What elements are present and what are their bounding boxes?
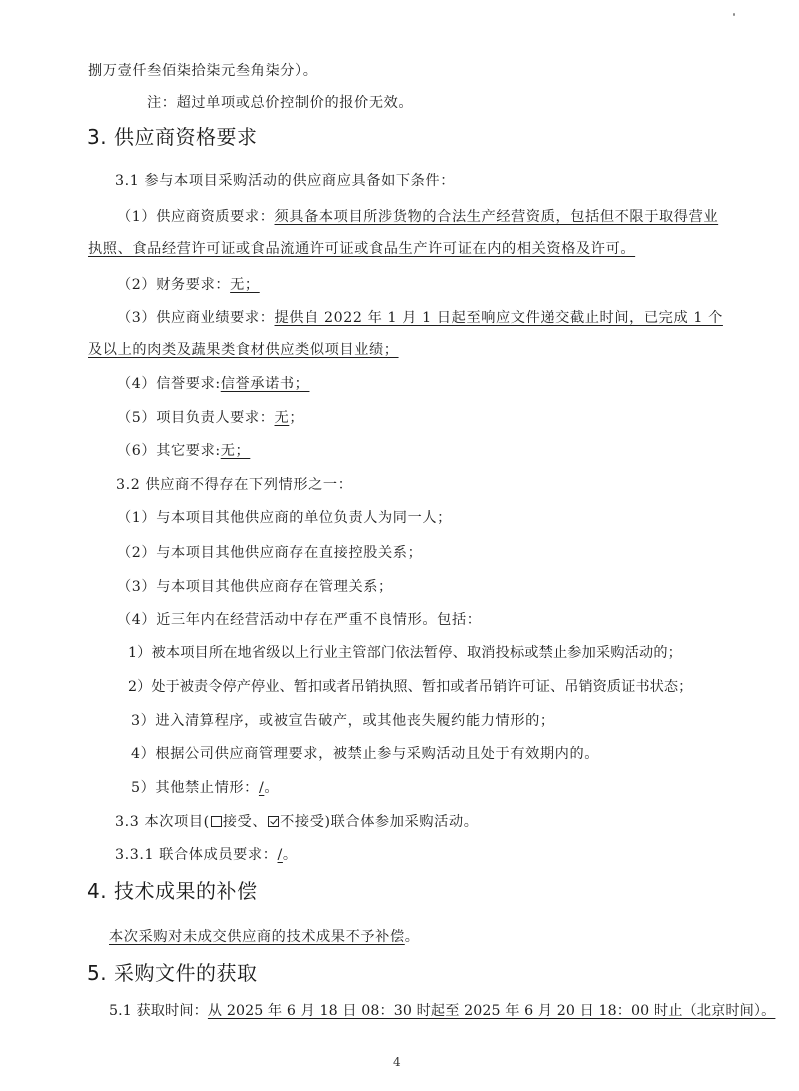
- requirement-4-value: 信誉承诺书；: [221, 376, 310, 392]
- requirement-1-line-a: （1）供应商资质要求：须具备本项目所涉货物的合法生产经营资质，包括但不限于取得营…: [117, 208, 718, 226]
- clause-3-1: 3.1 参与本项目采购活动的供应商应具备如下条件：: [115, 172, 455, 190]
- requirement-3-label: （3）供应商业绩要求：: [117, 310, 275, 326]
- section-4-body: 本次采购对未成交供应商的技术成果不予补偿。: [109, 928, 420, 946]
- requirement-2-value: 无；: [230, 277, 260, 293]
- requirement-3-value: 提供自 2022 年 1 月 1 日起至响应文件递交截止时间，已完成 1 个: [275, 310, 723, 326]
- prohibited-4: （4）近三年内在经营活动中存在严重不良情形。包括：: [117, 611, 482, 629]
- clause-3-3-1-label: 3.3.1 联合体成员要求：: [115, 847, 278, 863]
- section-4-heading: 4. 技术成果的补偿: [87, 878, 257, 904]
- page-number: 4: [393, 1055, 401, 1069]
- requirement-4-label: （4）信誉要求:: [117, 376, 221, 392]
- requirement-1-line-b: 执照、食品经营许可证或食品流通许可证或食品生产许可证在内的相关资格及许可。: [88, 240, 635, 258]
- sub-item-1: 1）被本项目所在地省级以上行业主管部门依法暂停、取消投标或禁止参加采购活动的；: [128, 644, 682, 662]
- section-5-heading: 5. 采购文件的获取: [87, 960, 257, 986]
- requirement-3-value-cont: 及以上的肉类及蔬果类食材供应类似项目业绩；: [88, 342, 399, 358]
- not-accept-option-label: 不接受)联合体参加采购活动。: [280, 814, 478, 830]
- requirement-3-line-b: 及以上的肉类及蔬果类食材供应类似项目业绩；: [88, 341, 399, 359]
- compensation-tail: 。: [405, 929, 420, 945]
- accept-option-label: 接受、: [223, 814, 267, 830]
- sub-item-2: 2）处于被责令停产停业、暂扣或者吊销执照、暂扣或者吊销许可证、吊销资质证书状态；: [128, 678, 692, 696]
- section-3-heading: 3. 供应商资格要求: [87, 124, 257, 150]
- sub-item-5-label: 5）其他禁止情形：: [131, 780, 259, 796]
- acquisition-time-value: 从 2025 年 6 月 18 日 08：30 时起至 2025 年 6 月 2…: [208, 1003, 775, 1019]
- requirement-5: （5）项目负责人要求：无；: [117, 409, 304, 427]
- accept-checkbox-icon: [211, 816, 222, 827]
- amount-in-words-line: 捌万壹仟叁佰柒拾柒元叁角柒分）。: [88, 62, 318, 80]
- sub-item-3: 3）进入清算程序，或被宣告破产，或其他丧失履约能力情形的；: [131, 712, 555, 730]
- requirement-1-value: 须具备本项目所涉货物的合法生产经营资质，包括但不限于取得营业: [275, 209, 719, 225]
- sub-item-5: 5）其他禁止情形：/。: [131, 779, 279, 797]
- requirement-2-label: （2）财务要求：: [117, 277, 230, 293]
- requirement-5-label: （5）项目负责人要求：: [117, 410, 275, 426]
- requirement-1-label: （1）供应商资质要求：: [117, 209, 275, 225]
- clause-3-3-1-tail: 。: [283, 847, 298, 863]
- prohibited-3: （3）与本项目其他供应商存在管理关系；: [117, 578, 393, 596]
- compensation-statement: 本次采购对未成交供应商的技术成果不予补偿: [109, 929, 405, 945]
- requirement-4: （4）信誉要求:信誉承诺书；: [117, 375, 309, 393]
- requirement-6-label: （6）其它要求:: [117, 443, 221, 459]
- clause-5-1-label: 5.1 获取时间：: [109, 1003, 208, 1019]
- not-accept-checkbox-checked-icon: [268, 816, 279, 827]
- requirement-1-value-cont: 执照、食品经营许可证或食品流通许可证或食品生产许可证在内的相关资格及许可。: [88, 241, 635, 257]
- requirement-5-tail: ；: [289, 410, 304, 426]
- requirement-3-line-a: （3）供应商业绩要求：提供自 2022 年 1 月 1 日起至响应文件递交截止时…: [117, 309, 723, 327]
- sub-item-4: 4）根据公司供应商管理要求，被禁止参与采购活动且处于有效期内的。: [131, 745, 599, 763]
- prohibited-2: （2）与本项目其他供应商存在直接控股关系；: [117, 544, 422, 562]
- scan-speck: [733, 13, 735, 16]
- prohibited-1: （1）与本项目其他供应商的单位负责人为同一人；: [117, 509, 452, 527]
- clause-3-3: 3.3 本次项目(接受、不接受)联合体参加采购活动。: [115, 813, 479, 831]
- clause-5-1: 5.1 获取时间：从 2025 年 6 月 18 日 08：30 时起至 202…: [109, 1002, 775, 1020]
- price-note: 注：超过单项或总价控制价的报价无效。: [147, 94, 413, 112]
- requirement-6-value: 无；: [221, 443, 251, 459]
- clause-3-3-1: 3.3.1 联合体成员要求：/。: [115, 846, 298, 864]
- clause-3-2: 3.2 供应商不得存在下列情形之一：: [116, 476, 353, 494]
- requirement-5-value: 无: [275, 410, 290, 426]
- sub-item-5-tail: 。: [264, 780, 279, 796]
- requirement-2: （2）财务要求：无；: [117, 276, 260, 294]
- clause-3-3-prefix: 3.3 本次项目(: [115, 814, 210, 830]
- requirement-6: （6）其它要求:无；: [117, 442, 250, 460]
